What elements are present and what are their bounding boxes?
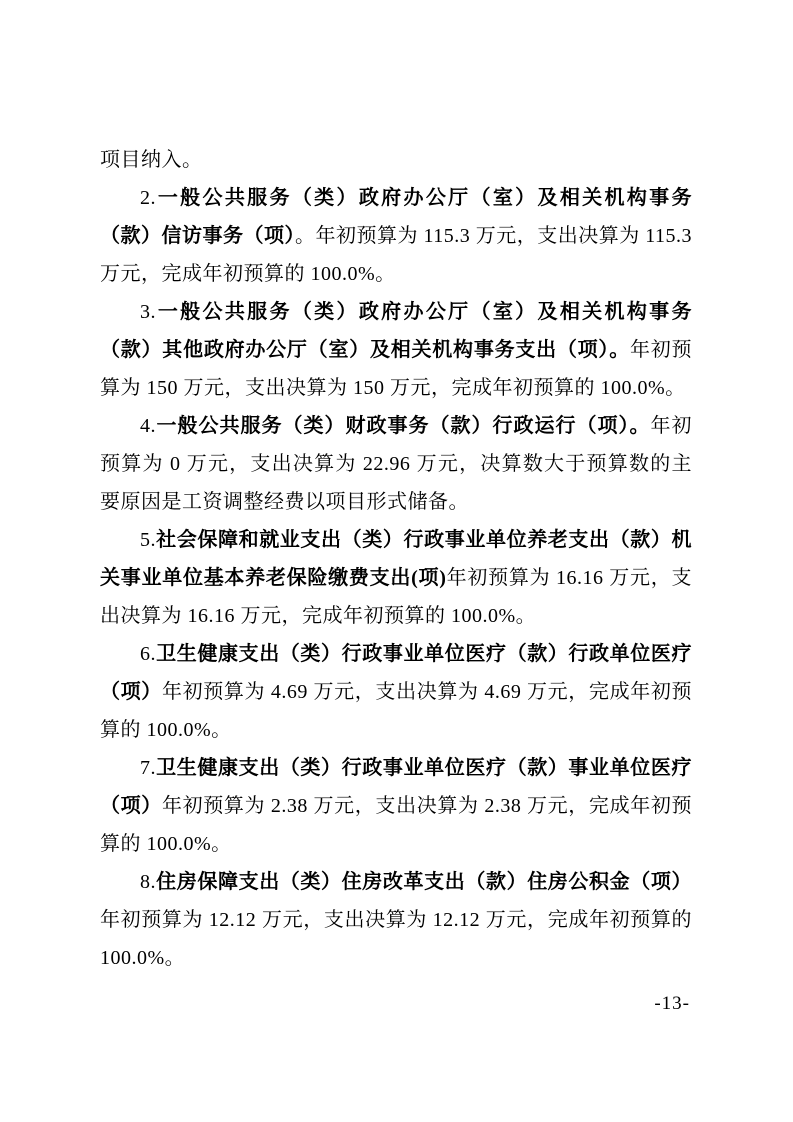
paragraph-item-3: 3.一般公共服务（类）政府办公厅（室）及相关机构事务（款）其他政府办公厅（室）及… [100, 293, 692, 407]
paragraph-heading-text: 一般公共服务（类）财政事务（款）行政运行（项）。 [156, 415, 651, 437]
document-body: 项目纳入。2.一般公共服务（类）政府办公厅（室）及相关机构事务（款）信访事务（项… [100, 141, 692, 977]
paragraph-body-text: 年初预算为 4.69 万元，支出决算为 4.69 万元，完成年初预算的 100.… [100, 681, 692, 741]
paragraph-body-text: 8. [140, 871, 156, 893]
paragraph-body-text: 年初预算为 12.12 万元，支出决算为 12.12 万元，完成年初预算的 10… [100, 909, 692, 969]
paragraph-body-text: 7. [140, 757, 156, 779]
paragraph-heading-text: 住房保障支出（类）住房改革支出（款）住房公积金（项） [156, 871, 692, 893]
paragraph-body-text: 3. [140, 301, 156, 323]
page-number: -13- [654, 992, 690, 1016]
paragraph-continuation: 项目纳入。 [100, 141, 692, 179]
paragraph-item-2: 2.一般公共服务（类）政府办公厅（室）及相关机构事务（款）信访事务（项）。年初预… [100, 179, 692, 293]
paragraph-item-8: 8.住房保障支出（类）住房改革支出（款）住房公积金（项）年初预算为 12.12 … [100, 863, 692, 977]
paragraph-body-text: 4. [140, 415, 156, 437]
paragraph-body-text: 年初预算为 2.38 万元，支出决算为 2.38 万元，完成年初预算的 100.… [100, 795, 692, 855]
paragraph-heading-text: 一般公共服务（类）政府办公厅（室）及相关机构事务（款）其他政府办公厅（室）及相关… [100, 301, 692, 361]
paragraph-body-text: 5. [140, 529, 156, 551]
paragraph-item-4: 4.一般公共服务（类）财政事务（款）行政运行（项）。年初预算为 0 万元，支出决… [100, 407, 692, 521]
paragraph-item-5: 5.社会保障和就业支出（类）行政事业单位养老支出（款）机关事业单位基本养老保险缴… [100, 521, 692, 635]
paragraph-item-7: 7.卫生健康支出（类）行政事业单位医疗（款）事业单位医疗（项）年初预算为 2.3… [100, 749, 692, 863]
paragraph-item-6: 6.卫生健康支出（类）行政事业单位医疗（款）行政单位医疗（项）年初预算为 4.6… [100, 635, 692, 749]
paragraph-body-text: 2. [140, 187, 156, 209]
paragraph-body-text: 6. [140, 643, 156, 665]
paragraph-body-text: 项目纳入。 [100, 149, 203, 171]
document-page: 项目纳入。2.一般公共服务（类）政府办公厅（室）及相关机构事务（款）信访事务（项… [0, 0, 793, 1122]
